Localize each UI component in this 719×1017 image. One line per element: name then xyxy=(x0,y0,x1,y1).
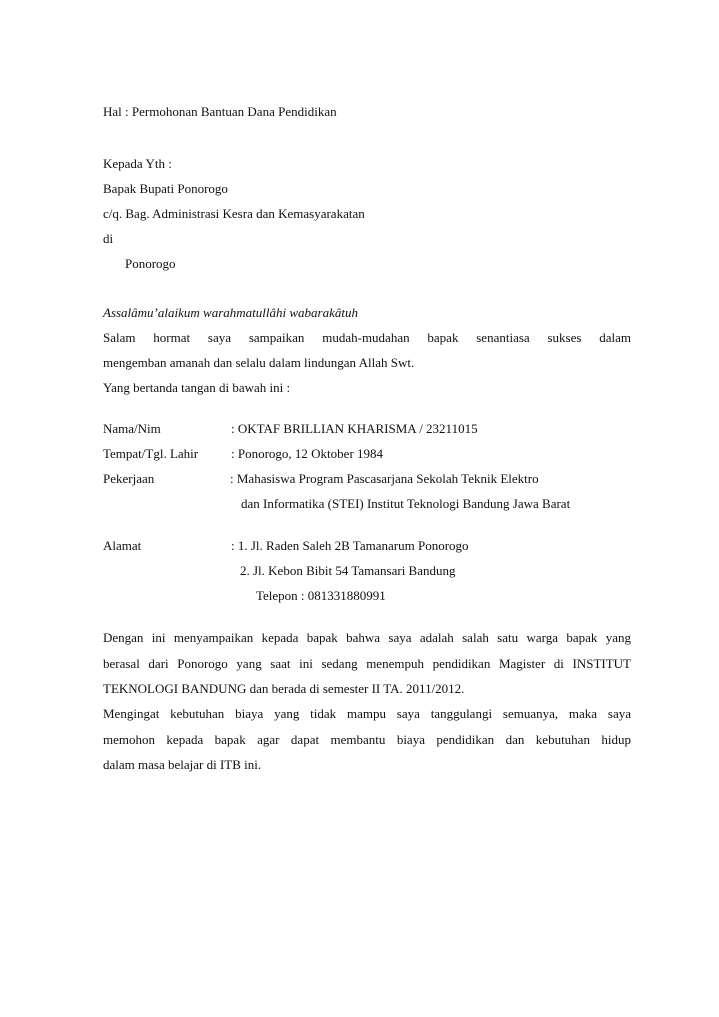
body-p1-line-3: TEKNOLOGI BANDUNG dan berada di semester… xyxy=(103,681,464,697)
recipient-city: Ponorogo xyxy=(125,256,176,272)
greeting: Assalâmu’alaikum warahmatullâhi wabarakâ… xyxy=(103,305,358,321)
address-label: Alamat xyxy=(103,538,141,554)
recipient-cq: c/q. Bag. Administrasi Kesra dan Kemasya… xyxy=(103,206,365,222)
birth-label: Tempat/Tgl. Lahir xyxy=(103,446,198,462)
letter-page: Hal : Permohonan Bantuan Dana Pendidikan… xyxy=(0,0,719,1017)
body-p1-line-1: Dengan ini menyampaikan kepada bapak bah… xyxy=(103,630,631,646)
recipient-di: di xyxy=(103,231,113,247)
job-label: Pekerjaan xyxy=(103,471,154,487)
body-p2-line-2: memohon kepada bapak agar dapat membantu… xyxy=(103,732,631,748)
address-1: : 1. Jl. Raden Saleh 2B Tamanarum Ponoro… xyxy=(231,538,469,554)
opening-line-1: Salam hormat saya sampaikan mudah-mudaha… xyxy=(103,330,631,346)
opening-line-3: Yang bertanda tangan di bawah ini : xyxy=(103,380,290,396)
birth-value: : Ponorogo, 12 Oktober 1984 xyxy=(231,446,383,462)
body-p1-line-2: berasal dari Ponorogo yang saat ini seda… xyxy=(103,656,631,672)
job-value-1: : Mahasiswa Program Pascasarjana Sekolah… xyxy=(230,471,539,487)
body-p2-line-1: Mengingat kebutuhan biaya yang tidak mam… xyxy=(103,706,631,722)
subject-line: Hal : Permohonan Bantuan Dana Pendidikan xyxy=(103,104,337,120)
phone: Telepon : 081331880991 xyxy=(256,588,386,604)
job-value-2: dan Informatika (STEI) Institut Teknolog… xyxy=(241,496,570,512)
name-value: : OKTAF BRILLIAN KHARISMA / 23211015 xyxy=(231,421,478,437)
name-label: Nama/Nim xyxy=(103,421,161,437)
recipient-name: Bapak Bupati Ponorogo xyxy=(103,181,228,197)
body-p2-line-3: dalam masa belajar di ITB ini. xyxy=(103,757,261,773)
opening-line-2: mengemban amanah dan selalu dalam lindun… xyxy=(103,355,414,371)
recipient-salutation: Kepada Yth : xyxy=(103,156,172,172)
address-2: 2. Jl. Kebon Bibit 54 Tamansari Bandung xyxy=(240,563,456,579)
